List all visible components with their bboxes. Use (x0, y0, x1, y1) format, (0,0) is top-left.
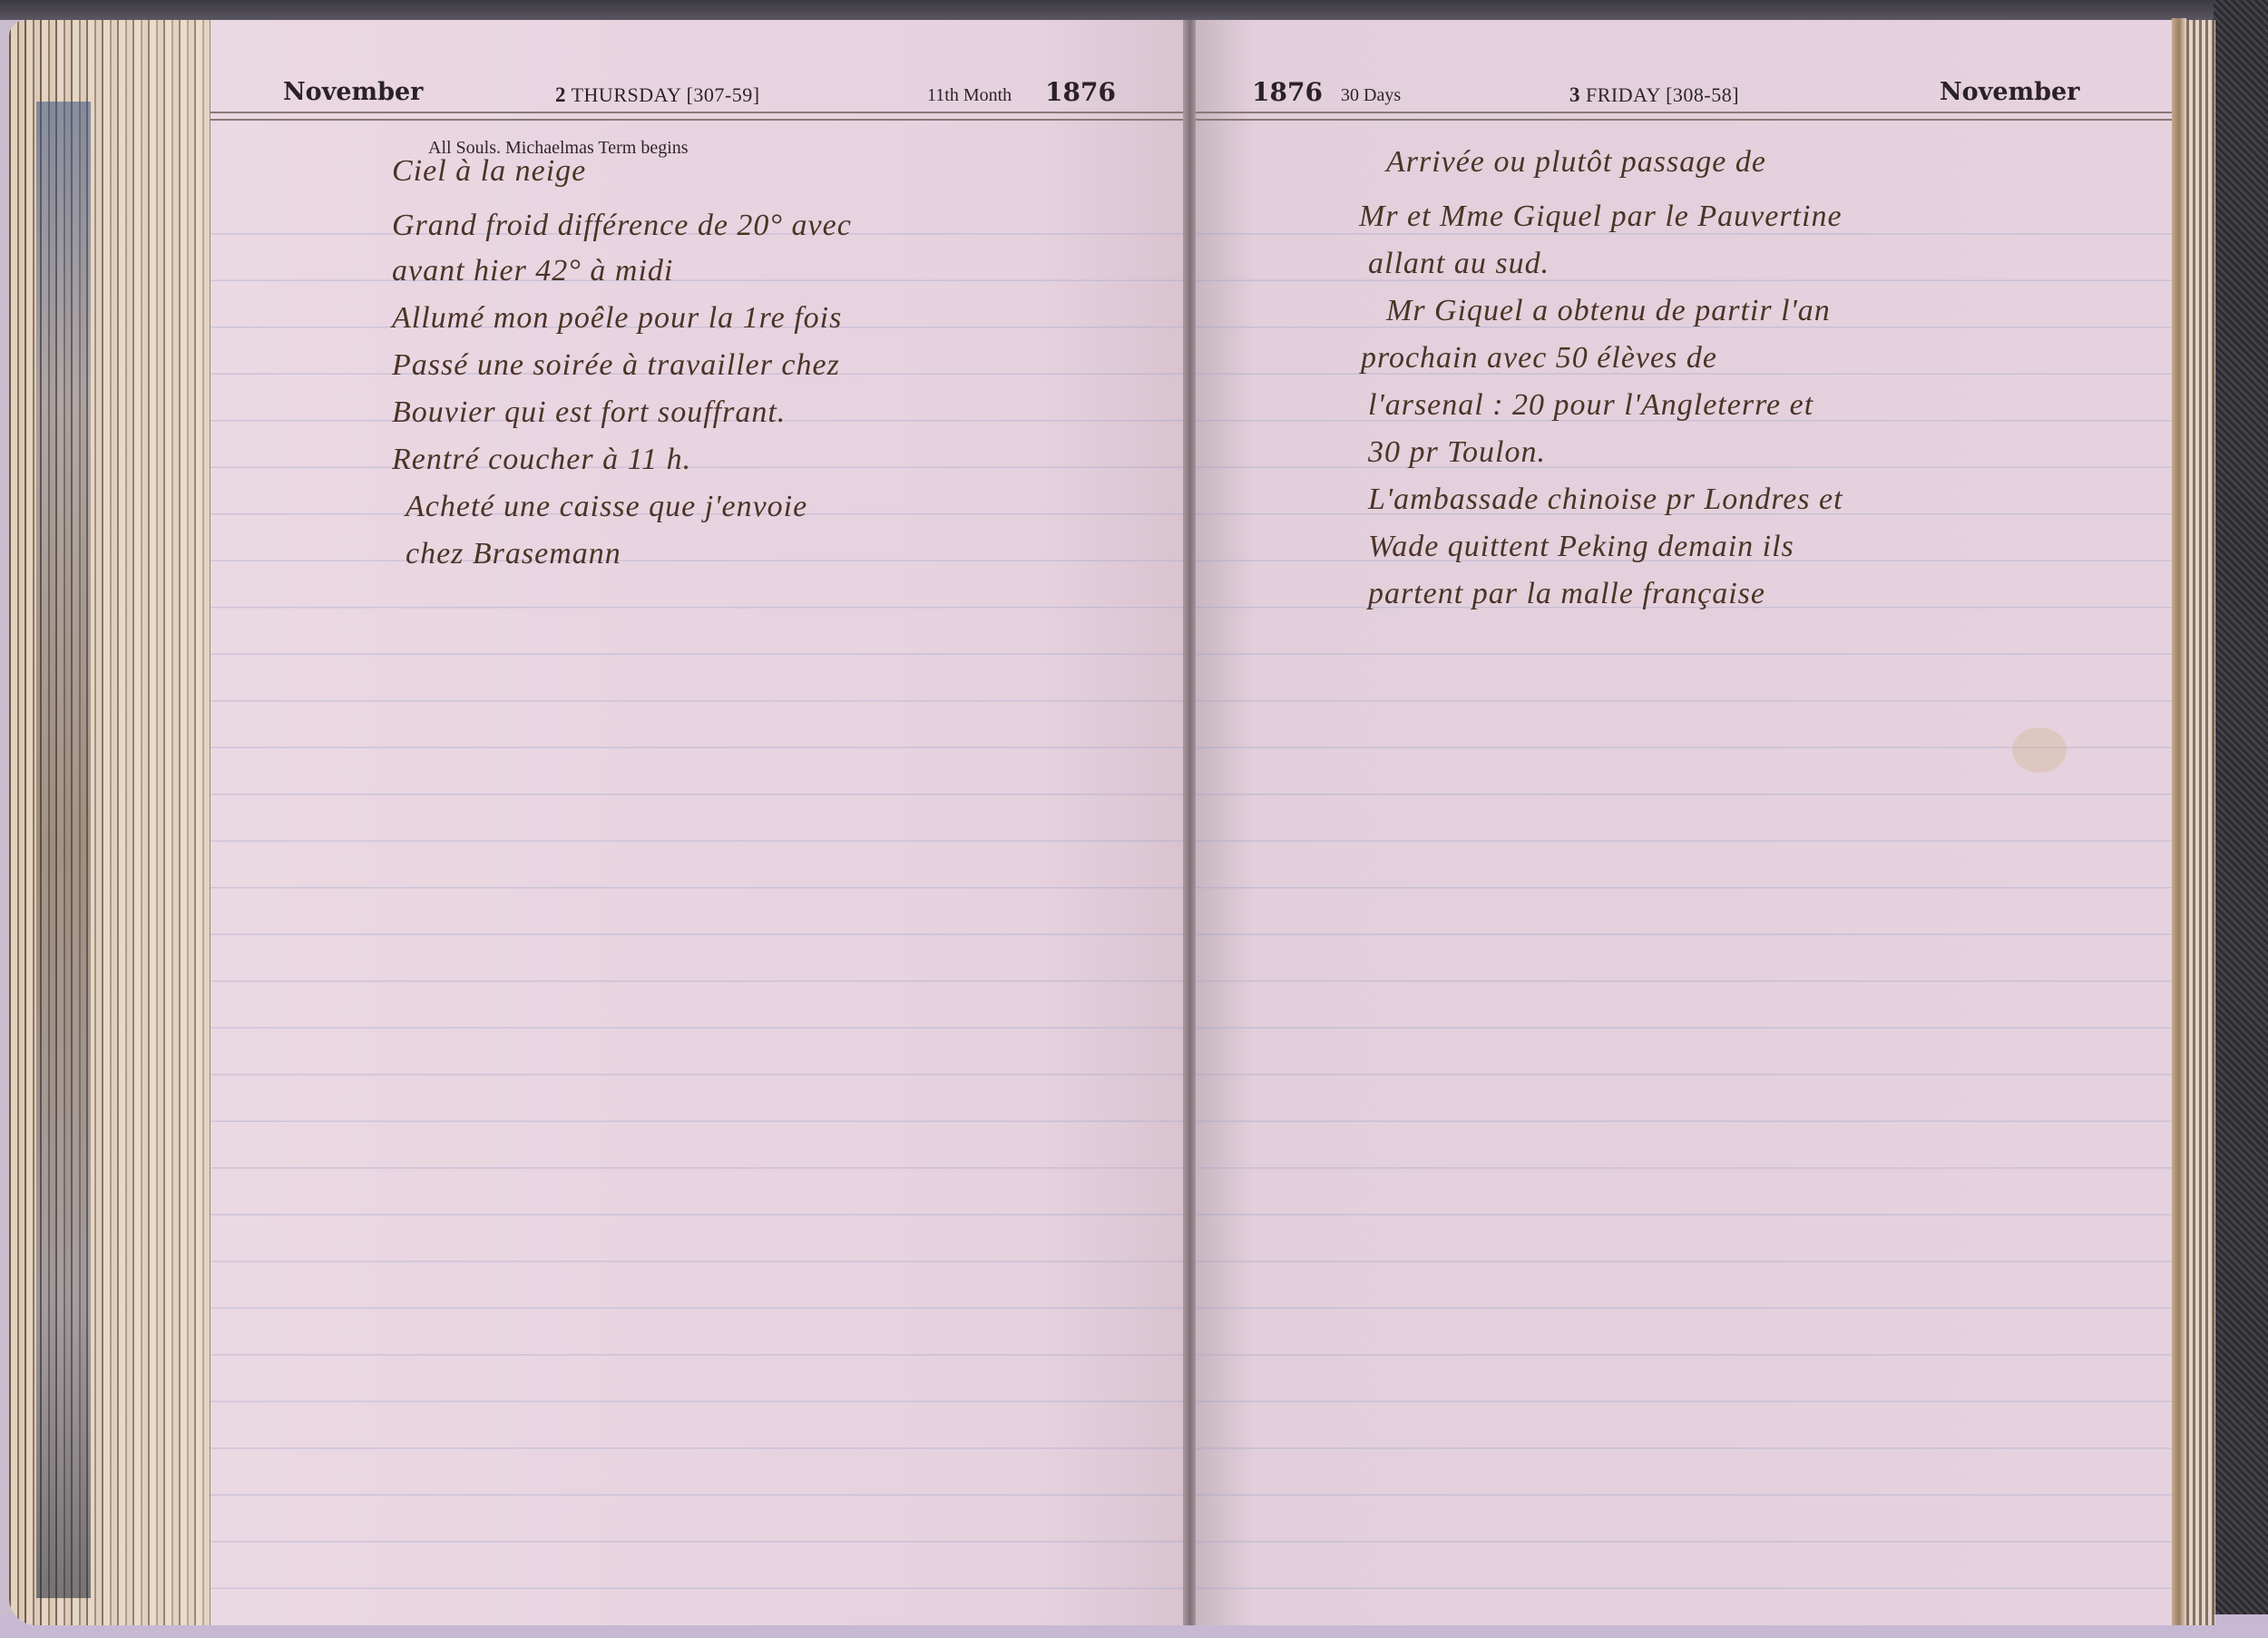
handwritten-line: Passé une soirée à travailler chez (392, 348, 840, 383)
handwritten-line: 30 pr Toulon. (1368, 435, 1546, 470)
handwritten-line: Wade quittent Peking demain ils (1368, 530, 1794, 564)
right-page-header: 1876 30 Days 3 FRIDAY [308-58] November (1196, 73, 2172, 109)
handwritten-line: chez Brasemann (406, 537, 621, 571)
handwritten-line: Grand froid différence de 20° avec (392, 209, 852, 243)
day-of-year: [307-59] (687, 83, 760, 106)
handwritten-line: prochain avec 50 élèves de (1361, 341, 1717, 375)
day-name: FRIDAY (1586, 83, 1660, 106)
header-double-rule (1196, 112, 2172, 121)
handwritten-line: Allumé mon poêle pour la 1re fois (392, 301, 842, 336)
right-page: 1876 30 Days 3 FRIDAY [308-58] November … (1196, 20, 2172, 1625)
paper-stain (2012, 727, 2067, 773)
book-cover-top (0, 0, 2268, 20)
day-of-year: [308-58] (1666, 83, 1739, 106)
day-name: THURSDAY (572, 83, 681, 106)
month-ordinal: 11th Month (927, 85, 1012, 106)
handwritten-line: Bouvier qui est fort souffrant. (392, 395, 786, 430)
book-cover-right (2214, 0, 2268, 1638)
handwritten-line: L'ambassade chinoise pr Londres et (1368, 483, 1843, 517)
day-number: 3 (1569, 83, 1580, 106)
handwritten-line: Mr et Mme Giquel par le Pauvertine (1359, 200, 1843, 234)
handwritten-line: l'arsenal : 20 pour l'Angleterre et (1368, 388, 1813, 423)
left-page-header: November 2 THURSDAY [307-59] 11th Month … (210, 73, 1185, 109)
handwritten-line: Acheté une caisse que j'envoie (406, 490, 807, 524)
page-edges-right (2186, 20, 2215, 1625)
year-label: 1876 (1252, 77, 1323, 107)
handwritten-line: partent par la malle française (1368, 577, 1765, 611)
ink-stain (36, 102, 91, 1598)
day-number: 2 (555, 83, 566, 106)
handwritten-line: Rentré coucher à 11 h. (392, 443, 691, 477)
days-in-month: 30 Days (1341, 85, 1401, 106)
day-label: 3 FRIDAY [308-58] (1569, 83, 1739, 107)
handwritten-line: Mr Giquel a obtenu de partir l'an (1386, 294, 1831, 328)
day-label: 2 THURSDAY [307-59] (555, 83, 760, 107)
year-label: 1876 (1045, 77, 1116, 107)
page-edges-right-inner (2172, 18, 2186, 1625)
header-double-rule (210, 112, 1185, 121)
handwritten-line: Ciel à la neige (392, 154, 586, 189)
handwritten-line: Arrivée ou plutôt passage de (1386, 145, 1766, 180)
month-label: November (1940, 78, 2079, 106)
month-label: November (283, 78, 423, 106)
page-edges-left (9, 20, 210, 1625)
handwritten-line: avant hier 42° à midi (392, 254, 673, 288)
left-page: November 2 THURSDAY [307-59] 11th Month … (210, 20, 1185, 1625)
handwritten-line: allant au sud. (1368, 247, 1549, 281)
